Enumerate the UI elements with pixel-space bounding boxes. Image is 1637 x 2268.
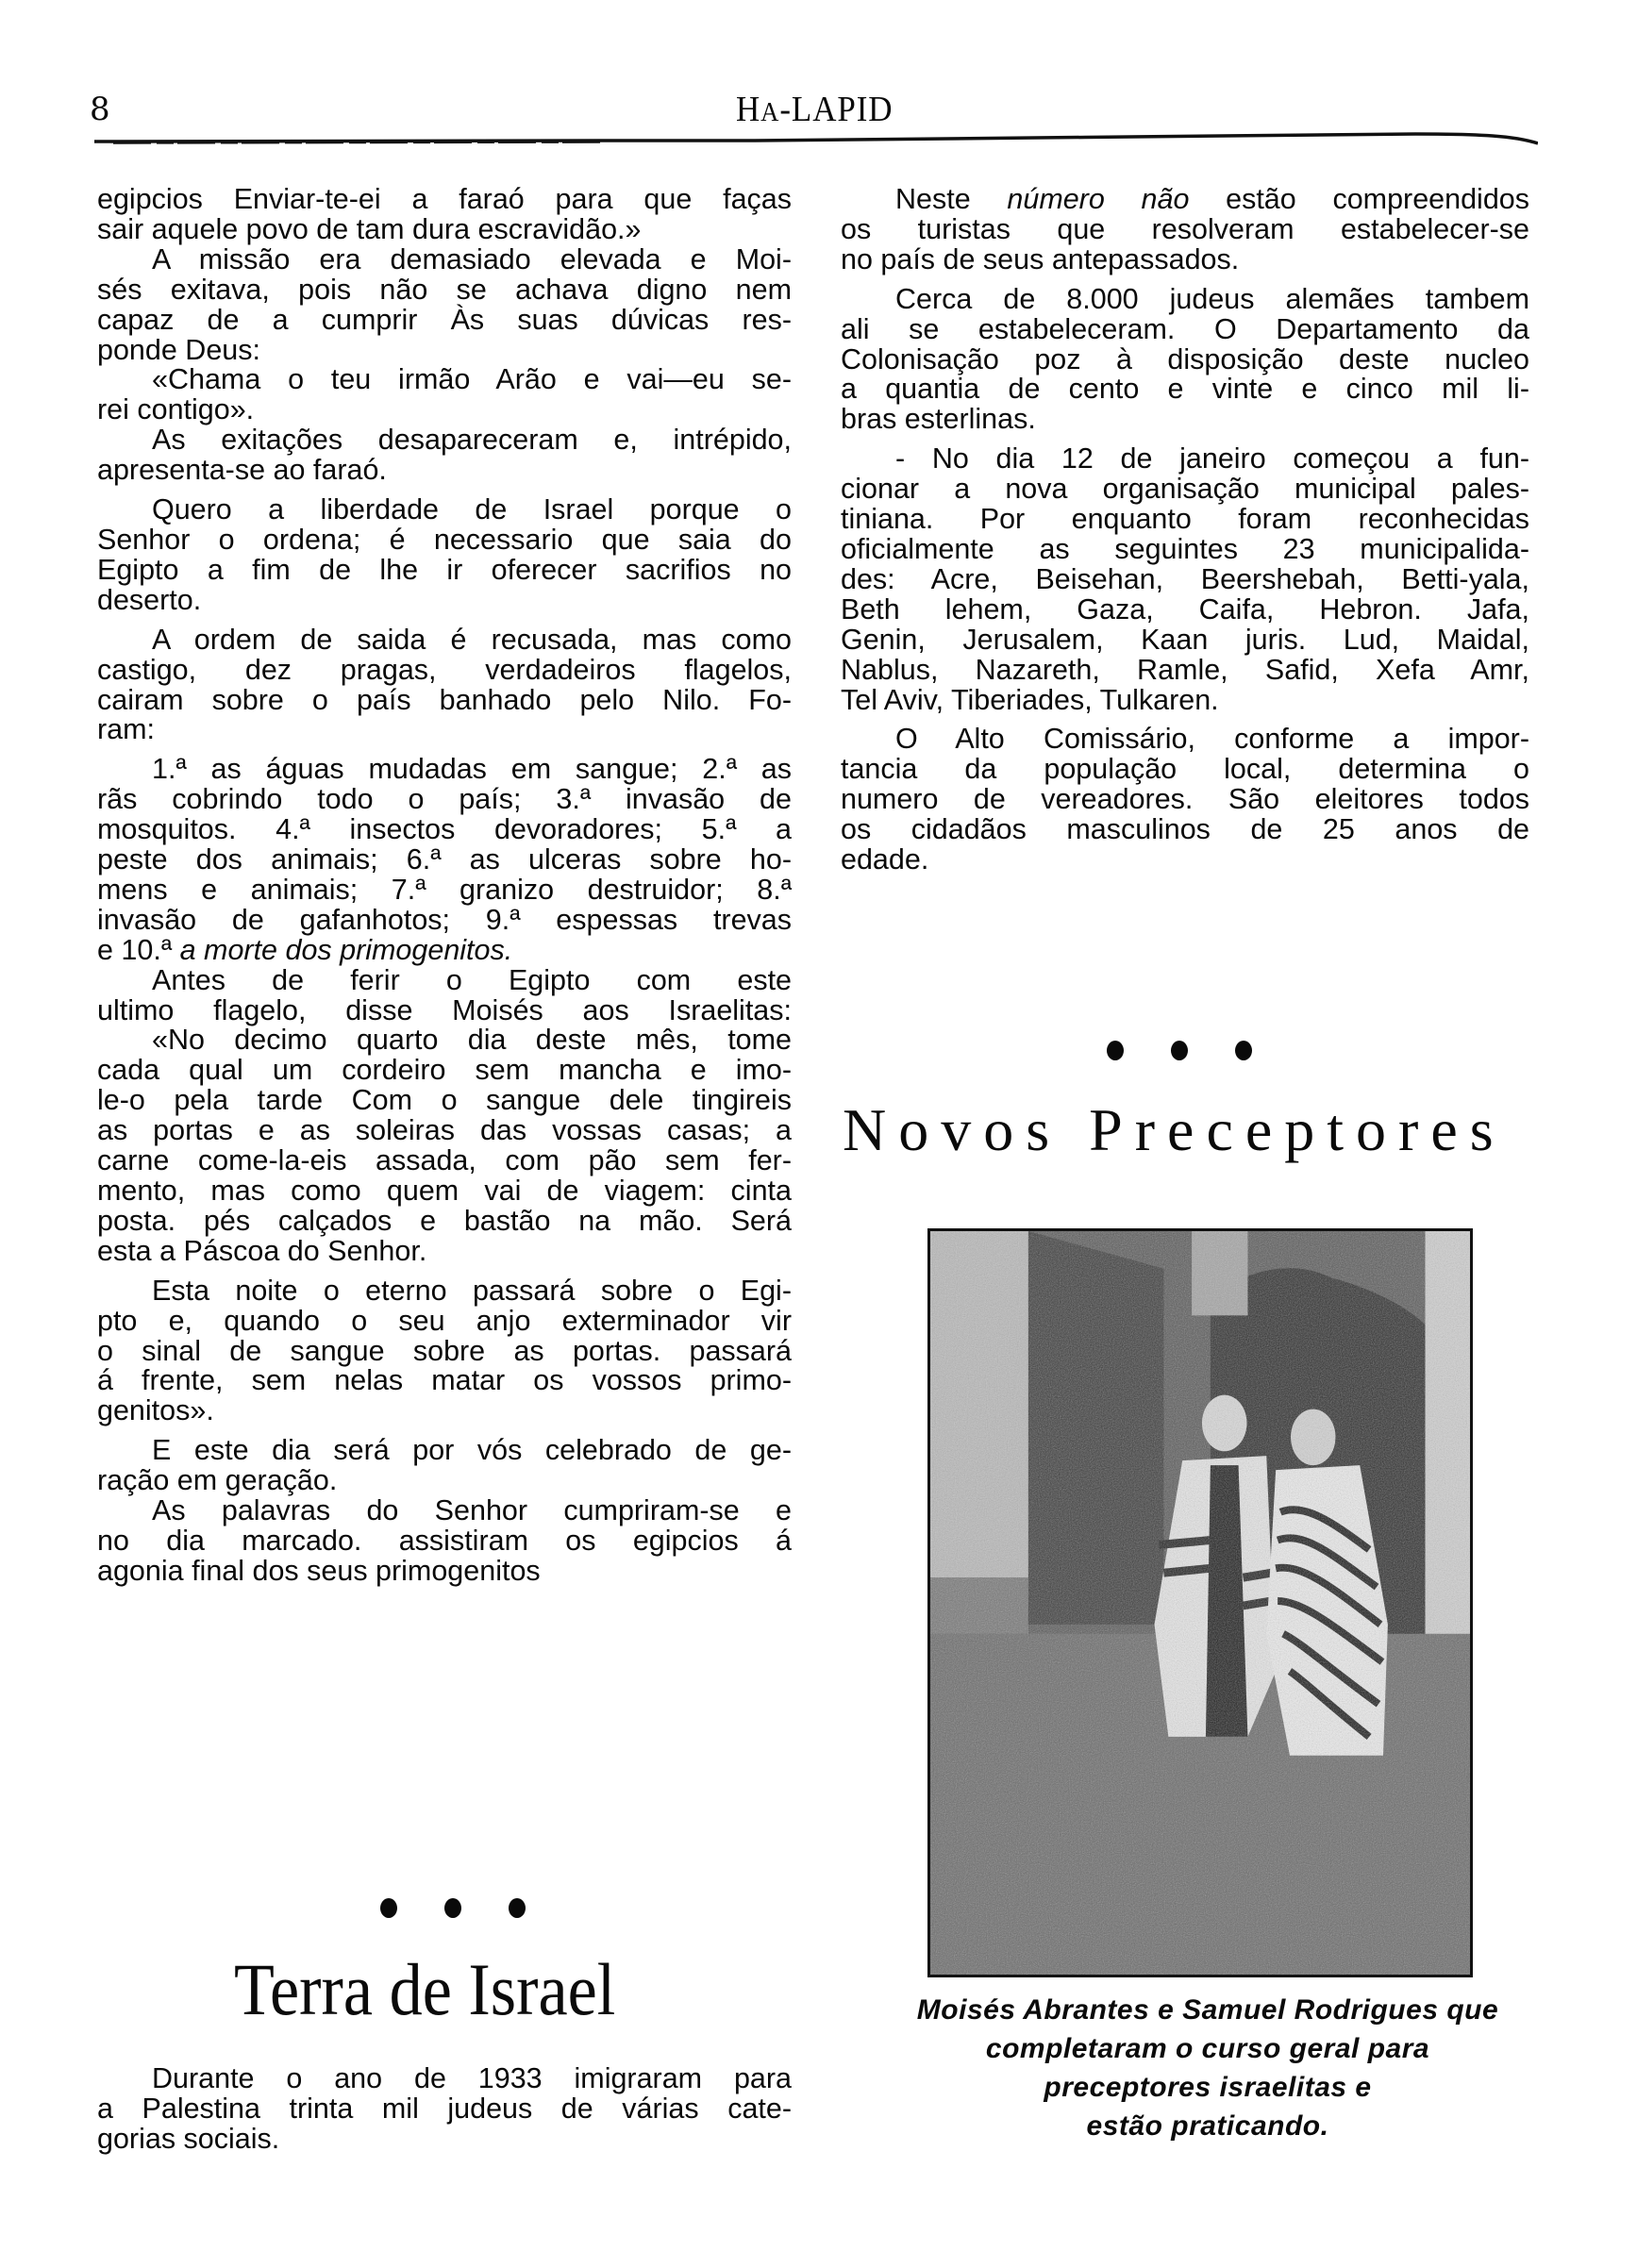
text-line: Colonisação poz à disposição deste nucle… xyxy=(841,345,1529,375)
text-line: bras esterlinas. xyxy=(841,405,1529,435)
bullet-dot xyxy=(1171,1041,1188,1060)
text-line: rãs cobrindo todo o país; 3.ª invasão de xyxy=(97,785,792,815)
text-line: mosquitos. 4.ª insectos devoradores; 5.ª… xyxy=(97,815,792,845)
text-line: oficialmente as seguintes 23 municipalid… xyxy=(841,535,1529,565)
section-separator-dots xyxy=(380,1898,526,1918)
text-line: deserto. xyxy=(97,586,792,616)
text-line: apresenta-se ao faraó. xyxy=(97,456,792,486)
text-line: numero de vereadores. São eleitores todo… xyxy=(841,785,1529,815)
text-line: os cidadãos masculinos de 25 anos de xyxy=(841,815,1529,845)
heading-novos-preceptores: Novos Preceptores xyxy=(843,1092,1506,1168)
photo-illustration xyxy=(930,1231,1470,1975)
text-line: capaz de a cumprir Às suas dúvicas res- xyxy=(97,306,792,336)
caption-line: preceptores israelitas e xyxy=(830,2068,1585,2107)
text-line: genitos». xyxy=(97,1396,792,1426)
text-line: A missão era demasiado elevada e Moi- xyxy=(97,245,792,275)
text-line: Neste número não estão compreendidos xyxy=(841,185,1529,215)
text-line: Genin, Jerusalem, Kaan juris. Lud, Maida… xyxy=(841,625,1529,656)
title-a: A xyxy=(760,97,779,127)
text-line: mens e animais; 7.ª granizo destruidor; … xyxy=(97,876,792,906)
text-line: Esta noite o eterno passará sobre o Egi- xyxy=(97,1276,792,1307)
text-line: Durante o ano de 1933 imigraram para xyxy=(97,2064,792,2094)
text-line: a Palestina trinta mil judeus de várias … xyxy=(97,2094,792,2125)
text-line: invasão de gafanhotos; 9.ª espessas trev… xyxy=(97,906,792,936)
title-h: H xyxy=(736,90,760,129)
page-number: 8 xyxy=(90,91,110,128)
text-line: Tel Aviv, Tiberiades, Tulkaren. xyxy=(841,686,1529,716)
text-line: sés exitava, pois não se achava digno ne… xyxy=(97,275,792,306)
text-line: «No decimo quarto dia deste mês, tome xyxy=(97,1026,792,1056)
italic-text: a morte dos primogenitos. xyxy=(180,934,513,966)
text-line: - No dia 12 de janeiro começou a fun- xyxy=(841,444,1529,475)
text-line: A ordem de saida é recusada, mas como xyxy=(97,625,792,656)
text-line: edade. xyxy=(841,845,1529,876)
caption-line: Moisés Abrantes e Samuel Rodrigues que xyxy=(830,1991,1585,2029)
publication-title: HA-LAPID xyxy=(736,89,893,133)
text-line: cairam sobre o país banhado pelo Nilo. F… xyxy=(97,686,792,716)
text-line: as portas e as soleiras das vossas casas… xyxy=(97,1116,792,1146)
bullet-dot xyxy=(1235,1041,1252,1060)
text-line: cada qual um cordeiro sem mancha e imo- xyxy=(97,1056,792,1086)
caption-line: estão praticando. xyxy=(830,2107,1585,2145)
text-line: a quantia de cento e vinte e cinco mil l… xyxy=(841,375,1529,405)
title-rest: -LAPID xyxy=(779,90,893,129)
text-line: e 10.ª a morte dos primogenitos. xyxy=(97,936,792,966)
header-rule xyxy=(94,132,1538,145)
text-line: peste dos animais; 6.ª as ulceras sobre … xyxy=(97,845,792,876)
text-line: agonia final dos seus primogenitos xyxy=(97,1557,792,1587)
text-line: o sinal de sangue sobre as portas. passa… xyxy=(97,1337,792,1367)
text-line: pto e, quando o seu anjo exterminador vi… xyxy=(97,1307,792,1337)
text-line: des: Acre, Beisehan, Beershebah, Betti-y… xyxy=(841,565,1529,595)
text-line: no dia marcado. assistiram os egipcios á xyxy=(97,1526,792,1557)
text-line: tancia da população local, determina o xyxy=(841,755,1529,785)
text-line: castigo, dez pragas, verdadeiros flagelo… xyxy=(97,656,792,686)
text-line: «Chama o teu irmão Arão e vai—eu se- xyxy=(97,365,792,395)
text-line: ali se estabeleceram. O Departamento da xyxy=(841,315,1529,345)
text-line: O Alto Comissário, conforme a impor- xyxy=(841,725,1529,755)
text-line: rei contigo». xyxy=(97,395,792,425)
terra-de-israel-body: Durante o ano de 1933 imigraram paraa Pa… xyxy=(97,2064,792,2155)
caption-line: completaram o curso geral para xyxy=(830,2029,1585,2068)
left-column-article: egipcios Enviar-te-ei a faraó para que f… xyxy=(97,185,792,1587)
text-line: ram: xyxy=(97,715,792,745)
text-line: os turistas que resolveram estabelecer-s… xyxy=(841,215,1529,245)
text-line: ponde Deus: xyxy=(97,336,792,366)
text-line: egipcios Enviar-te-ei a faraó para que f… xyxy=(97,185,792,215)
text-line: 1.ª as águas mudadas em sangue; 2.ª as xyxy=(97,755,792,785)
text-line: sair aquele povo de tam dura escravidão.… xyxy=(97,215,792,245)
italic-text: número não xyxy=(1007,183,1226,215)
text-line: mento, mas como quem vai de viagem: cint… xyxy=(97,1176,792,1207)
text-line: E este dia será por vós celebrado de ge- xyxy=(97,1436,792,1466)
photo-caption: Moisés Abrantes e Samuel Rodrigues que c… xyxy=(830,1991,1585,2145)
text-line: tiniana. Por enquanto foram reconhecidas xyxy=(841,505,1529,535)
text-line: ração em geração. xyxy=(97,1466,792,1496)
text-line: á frente, sem nelas matar os vossos prim… xyxy=(97,1366,792,1396)
bullet-dot xyxy=(380,1898,397,1918)
right-column-article: Neste número não estão compreendidosos t… xyxy=(841,185,1529,876)
section-separator-dots xyxy=(1107,1041,1252,1060)
text-line: As exitações desapareceram e, intrépido, xyxy=(97,425,792,456)
text-line: no país de seus antepassados. xyxy=(841,245,1529,275)
text-line: Nablus, Nazareth, Ramle, Safid, Xefa Amr… xyxy=(841,656,1529,686)
text-line: le-o pela tarde Com o sangue dele tingir… xyxy=(97,1086,792,1116)
text-line: Senhor o ordena; é necessario que saia d… xyxy=(97,525,792,556)
text-line: carne come-la-eis assada, com pão sem fe… xyxy=(97,1146,792,1176)
text-line: ultimo flagelo, disse Moisés aos Israeli… xyxy=(97,996,792,1026)
bullet-dot xyxy=(509,1898,526,1918)
text-line: Cerca de 8.000 judeus alemães tambem xyxy=(841,285,1529,315)
text-line: esta a Páscoa do Senhor. xyxy=(97,1237,792,1267)
heading-terra-de-israel: Terra de Israel xyxy=(234,1947,615,2032)
bullet-dot xyxy=(444,1898,461,1918)
text-line: gorias sociais. xyxy=(97,2125,792,2155)
photograph xyxy=(927,1228,1473,1977)
bullet-dot xyxy=(1107,1041,1124,1060)
text-line: As palavras do Senhor cumpriram-se e xyxy=(97,1496,792,1526)
text-line: posta. pés calçados e bastão na mão. Ser… xyxy=(97,1207,792,1237)
text-line: Egipto a fim de lhe ir oferecer sacrifio… xyxy=(97,556,792,586)
text-line: Quero a liberdade de Israel porque o xyxy=(97,495,792,525)
text-line: Antes de ferir o Egipto com este xyxy=(97,966,792,996)
text-line: Beth lehem, Gaza, Caifa, Hebron. Jafa, xyxy=(841,595,1529,625)
text-line: cionar a nova organisação municipal pale… xyxy=(841,475,1529,505)
